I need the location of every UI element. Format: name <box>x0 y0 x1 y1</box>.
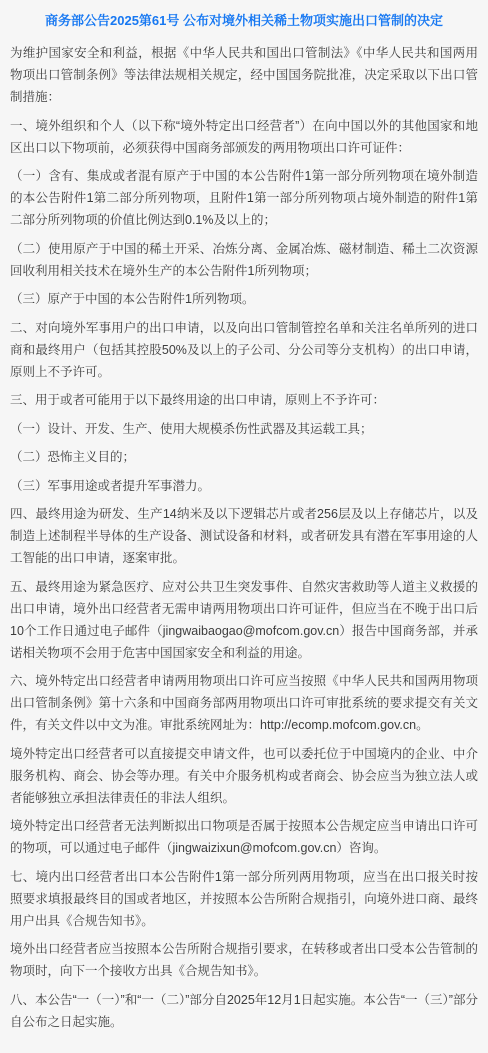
article-4: 四、最终用途为研发、生产14纳米及以下逻辑芯片或者256层及以上存储芯片，以及制… <box>10 503 478 569</box>
article-8: 八、本公告“一（一）”和“一（二）”部分自2025年12月1日起实施。本公告“一… <box>10 989 478 1033</box>
preamble: 为维护国家安全和利益，根据《中华人民共和国出口管制法》《中华人民共和国两用物项出… <box>10 42 478 108</box>
article-1-item-3: （三）原产于中国的本公告附件1所列物项。 <box>10 288 478 310</box>
article-7-para-2: 境外出口经营者应当按照本公告所附合规指引要求，在转移或者出口受本公告管制的物项时… <box>10 938 478 982</box>
article-2: 二、对向境外军事用户的出口申请，以及向出口管制管控名单和关注名单所列的进口商和最… <box>10 317 478 383</box>
article-7: 七、境内出口经营者出口本公告附件1第一部分所列两用物项，应当在出口报关时按照要求… <box>10 866 478 932</box>
article-1-item-1: （一）含有、集成或者混有原产于中国的本公告附件1第一部分所列物项在境外制造的本公… <box>10 165 478 231</box>
document-title: 商务部公告2025第61号 公布对境外相关稀土物项实施出口管制的决定 <box>10 10 478 32</box>
article-3-item-3: （三）军事用途或者提升军事潜力。 <box>10 475 478 497</box>
article-6-para-3: 境外特定出口经营者无法判断拟出口物项是否属于按照本公告规定应当申请出口许可的物项… <box>10 815 478 859</box>
article-3: 三、用于或者可能用于以下最终用途的出口申请，原则上不予许可： <box>10 389 478 411</box>
article-5: 五、最终用途为紧急医疗、应对公共卫生突发事件、自然灾害救助等人道主义救援的出口申… <box>10 576 478 664</box>
article-1-item-2: （二）使用原产于中国的稀土开采、冶炼分离、金属冶炼、磁材制造、稀土二次资源回收利… <box>10 238 478 282</box>
announcement-document: 商务部公告2025第61号 公布对境外相关稀土物项实施出口管制的决定 为维护国家… <box>0 0 488 1053</box>
article-6: 六、境外特定出口经营者申请两用物项出口许可应当按照《中华人民共和国两用物项出口管… <box>10 670 478 736</box>
article-1: 一、境外组织和个人（以下称“境外特定出口经营者”）在向中国以外的其他国家和地区出… <box>10 115 478 159</box>
article-3-item-1: （一）设计、开发、生产、使用大规模杀伤性武器及其运载工具； <box>10 418 478 440</box>
article-6-para-2: 境外特定出口经营者可以直接提交申请文件，也可以委托位于中国境内的企业、中介服务机… <box>10 743 478 809</box>
article-3-item-2: （二）恐怖主义目的； <box>10 446 478 468</box>
